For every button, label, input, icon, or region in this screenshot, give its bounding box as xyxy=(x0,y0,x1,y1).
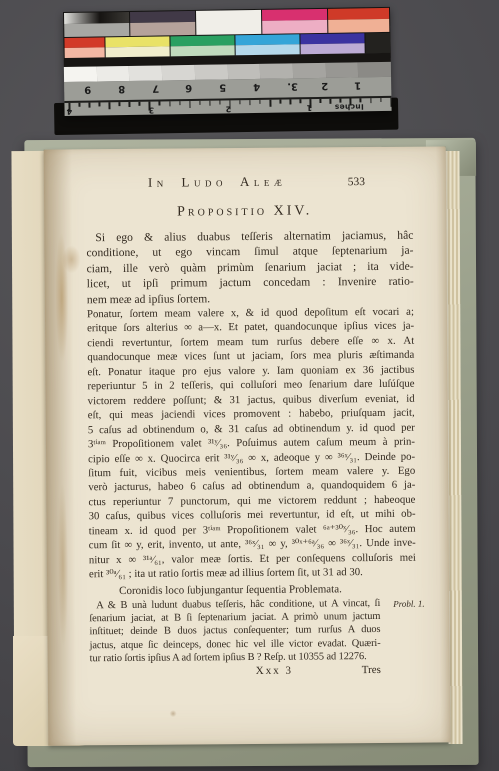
text-line: tur ratio ſortis ipſius A ad ſortem ipſi… xyxy=(90,650,381,666)
ruler-tick xyxy=(249,100,251,105)
ruler-tick xyxy=(300,99,302,103)
ruler-digit: 4 xyxy=(253,81,260,92)
ruler-digit: 6 xyxy=(186,82,193,93)
signature-mark: Xxx 3 xyxy=(256,665,293,677)
ruler-tick xyxy=(139,102,141,106)
gutter-stain xyxy=(58,239,84,279)
inch-label: 4 xyxy=(66,107,72,116)
paragraph-2: Ponatur, ſortem meam valere x, & id quod… xyxy=(87,305,416,582)
foxing-spot xyxy=(168,709,178,719)
section-heading: Propositio XIV. xyxy=(86,203,413,222)
color-patch xyxy=(130,11,195,36)
ruler-digit: 9 xyxy=(84,84,91,95)
ruler-digit: 2 xyxy=(321,80,328,91)
text-line: nitur x ∞ ³¹ᵃ⁄₆₁, valor meæ ſortis. Et p… xyxy=(89,550,416,567)
signature-line: Xxx 3 Tres xyxy=(90,664,381,680)
ruler-tick xyxy=(179,101,181,105)
ruler-tick xyxy=(390,98,392,107)
color-patch xyxy=(196,10,261,35)
patch-tint-band xyxy=(130,21,195,35)
marginal-note: Probl. 1. xyxy=(386,597,425,611)
color-patch xyxy=(262,9,327,34)
inch-label: 2 xyxy=(225,104,231,113)
wedge-step xyxy=(325,62,358,78)
wedge-step xyxy=(195,64,228,80)
wedge-step xyxy=(129,65,162,81)
ruler-tick xyxy=(169,101,171,106)
color-patch xyxy=(170,35,234,56)
inch-label: 1 xyxy=(306,103,312,112)
inches-label: Inches xyxy=(334,102,363,111)
page-number: 533 xyxy=(348,176,365,188)
ruler-digit: 8 xyxy=(118,83,125,94)
wedge-step xyxy=(227,64,260,80)
color-patch xyxy=(328,8,389,33)
patch-tint-band xyxy=(171,46,235,57)
patch-tint-band xyxy=(236,45,300,56)
ruler-tick xyxy=(199,101,201,105)
wedge-step xyxy=(162,65,195,81)
paragraph-3: A & B unà ludunt duabus teſſeris, hâc co… xyxy=(89,597,381,666)
ruler-tick xyxy=(209,101,211,106)
ruler-tick xyxy=(89,103,91,108)
inch-label: 3 xyxy=(148,106,154,115)
ruler-tick xyxy=(259,100,261,104)
ruler-tick xyxy=(370,98,372,103)
patch-tint-band xyxy=(65,48,105,58)
color-patch xyxy=(64,37,104,58)
paragraph-1: Si ego & alius duabus teſſeris alternati… xyxy=(86,228,414,308)
ruler-tick xyxy=(330,99,332,104)
catchword: Tres xyxy=(362,664,381,676)
target-row1 xyxy=(63,7,390,37)
color-patch xyxy=(365,33,390,53)
ruler-tick xyxy=(189,101,191,108)
ruler-digit: 1 xyxy=(354,79,361,90)
color-target: 9876543.21 4321Inches xyxy=(63,7,392,116)
ruler-tick xyxy=(269,100,271,107)
color-patch xyxy=(105,36,169,57)
text-line: licet, ut ipſi primum jactum concedam : … xyxy=(87,274,414,292)
ruler-digit: 7 xyxy=(152,83,159,94)
running-head-title: In Ludo Aleæ xyxy=(148,174,287,191)
ruler-tick xyxy=(99,102,101,106)
wedge-step xyxy=(64,66,97,82)
wedge-step xyxy=(293,63,326,79)
ruler-tick xyxy=(119,102,121,106)
ruler-digit: 3. xyxy=(287,80,298,91)
ruler-tick xyxy=(159,101,161,105)
patch-tint-band xyxy=(328,18,389,32)
color-patch xyxy=(300,33,364,54)
ruler-tick xyxy=(279,100,281,104)
text-line: erit ³⁰ᵃ⁄₆₁ ; ita ut ratio ſortis meæ ad… xyxy=(89,565,416,582)
ruler-tick xyxy=(78,103,80,107)
color-patch xyxy=(235,34,299,55)
text-line: A & B unà ludunt duabus teſſeris, hâc co… xyxy=(89,597,380,613)
ruler-tick xyxy=(219,101,221,105)
ruler-tick xyxy=(340,99,342,103)
ruler-tick xyxy=(239,100,241,104)
gutter-stain xyxy=(55,449,71,679)
ruler-tick xyxy=(380,98,382,102)
wedge-step xyxy=(260,63,293,79)
patch-tint-band xyxy=(106,47,170,58)
ruler-digit: 5 xyxy=(219,81,226,92)
patch-tint-band xyxy=(301,44,365,55)
ruler-tick xyxy=(320,99,322,103)
patch-tint-band xyxy=(64,23,129,37)
book-page: In Ludo Aleæ 533 Propositio XIV. Si ego … xyxy=(44,146,451,745)
patch-tint-band xyxy=(262,19,327,33)
text-column: In Ludo Aleæ 533 Propositio XIV. Si ego … xyxy=(86,173,417,681)
wedge-step xyxy=(97,66,130,82)
ruler-tick xyxy=(289,99,291,104)
ruler-tick xyxy=(109,102,111,109)
wedge-step xyxy=(358,62,391,78)
gutter-stain xyxy=(52,207,71,387)
photographed-book-scene: 9876543.21 4321Inches In Ludo Aleæ 533 P… xyxy=(0,0,499,771)
running-head: In Ludo Aleæ 533 xyxy=(86,173,413,190)
coronidis-line: Coronidis loco ſubjungantur ſequentia Pr… xyxy=(89,581,416,598)
patch-top-band xyxy=(64,37,104,48)
ruler-tick xyxy=(129,102,131,107)
color-patch xyxy=(64,12,129,37)
